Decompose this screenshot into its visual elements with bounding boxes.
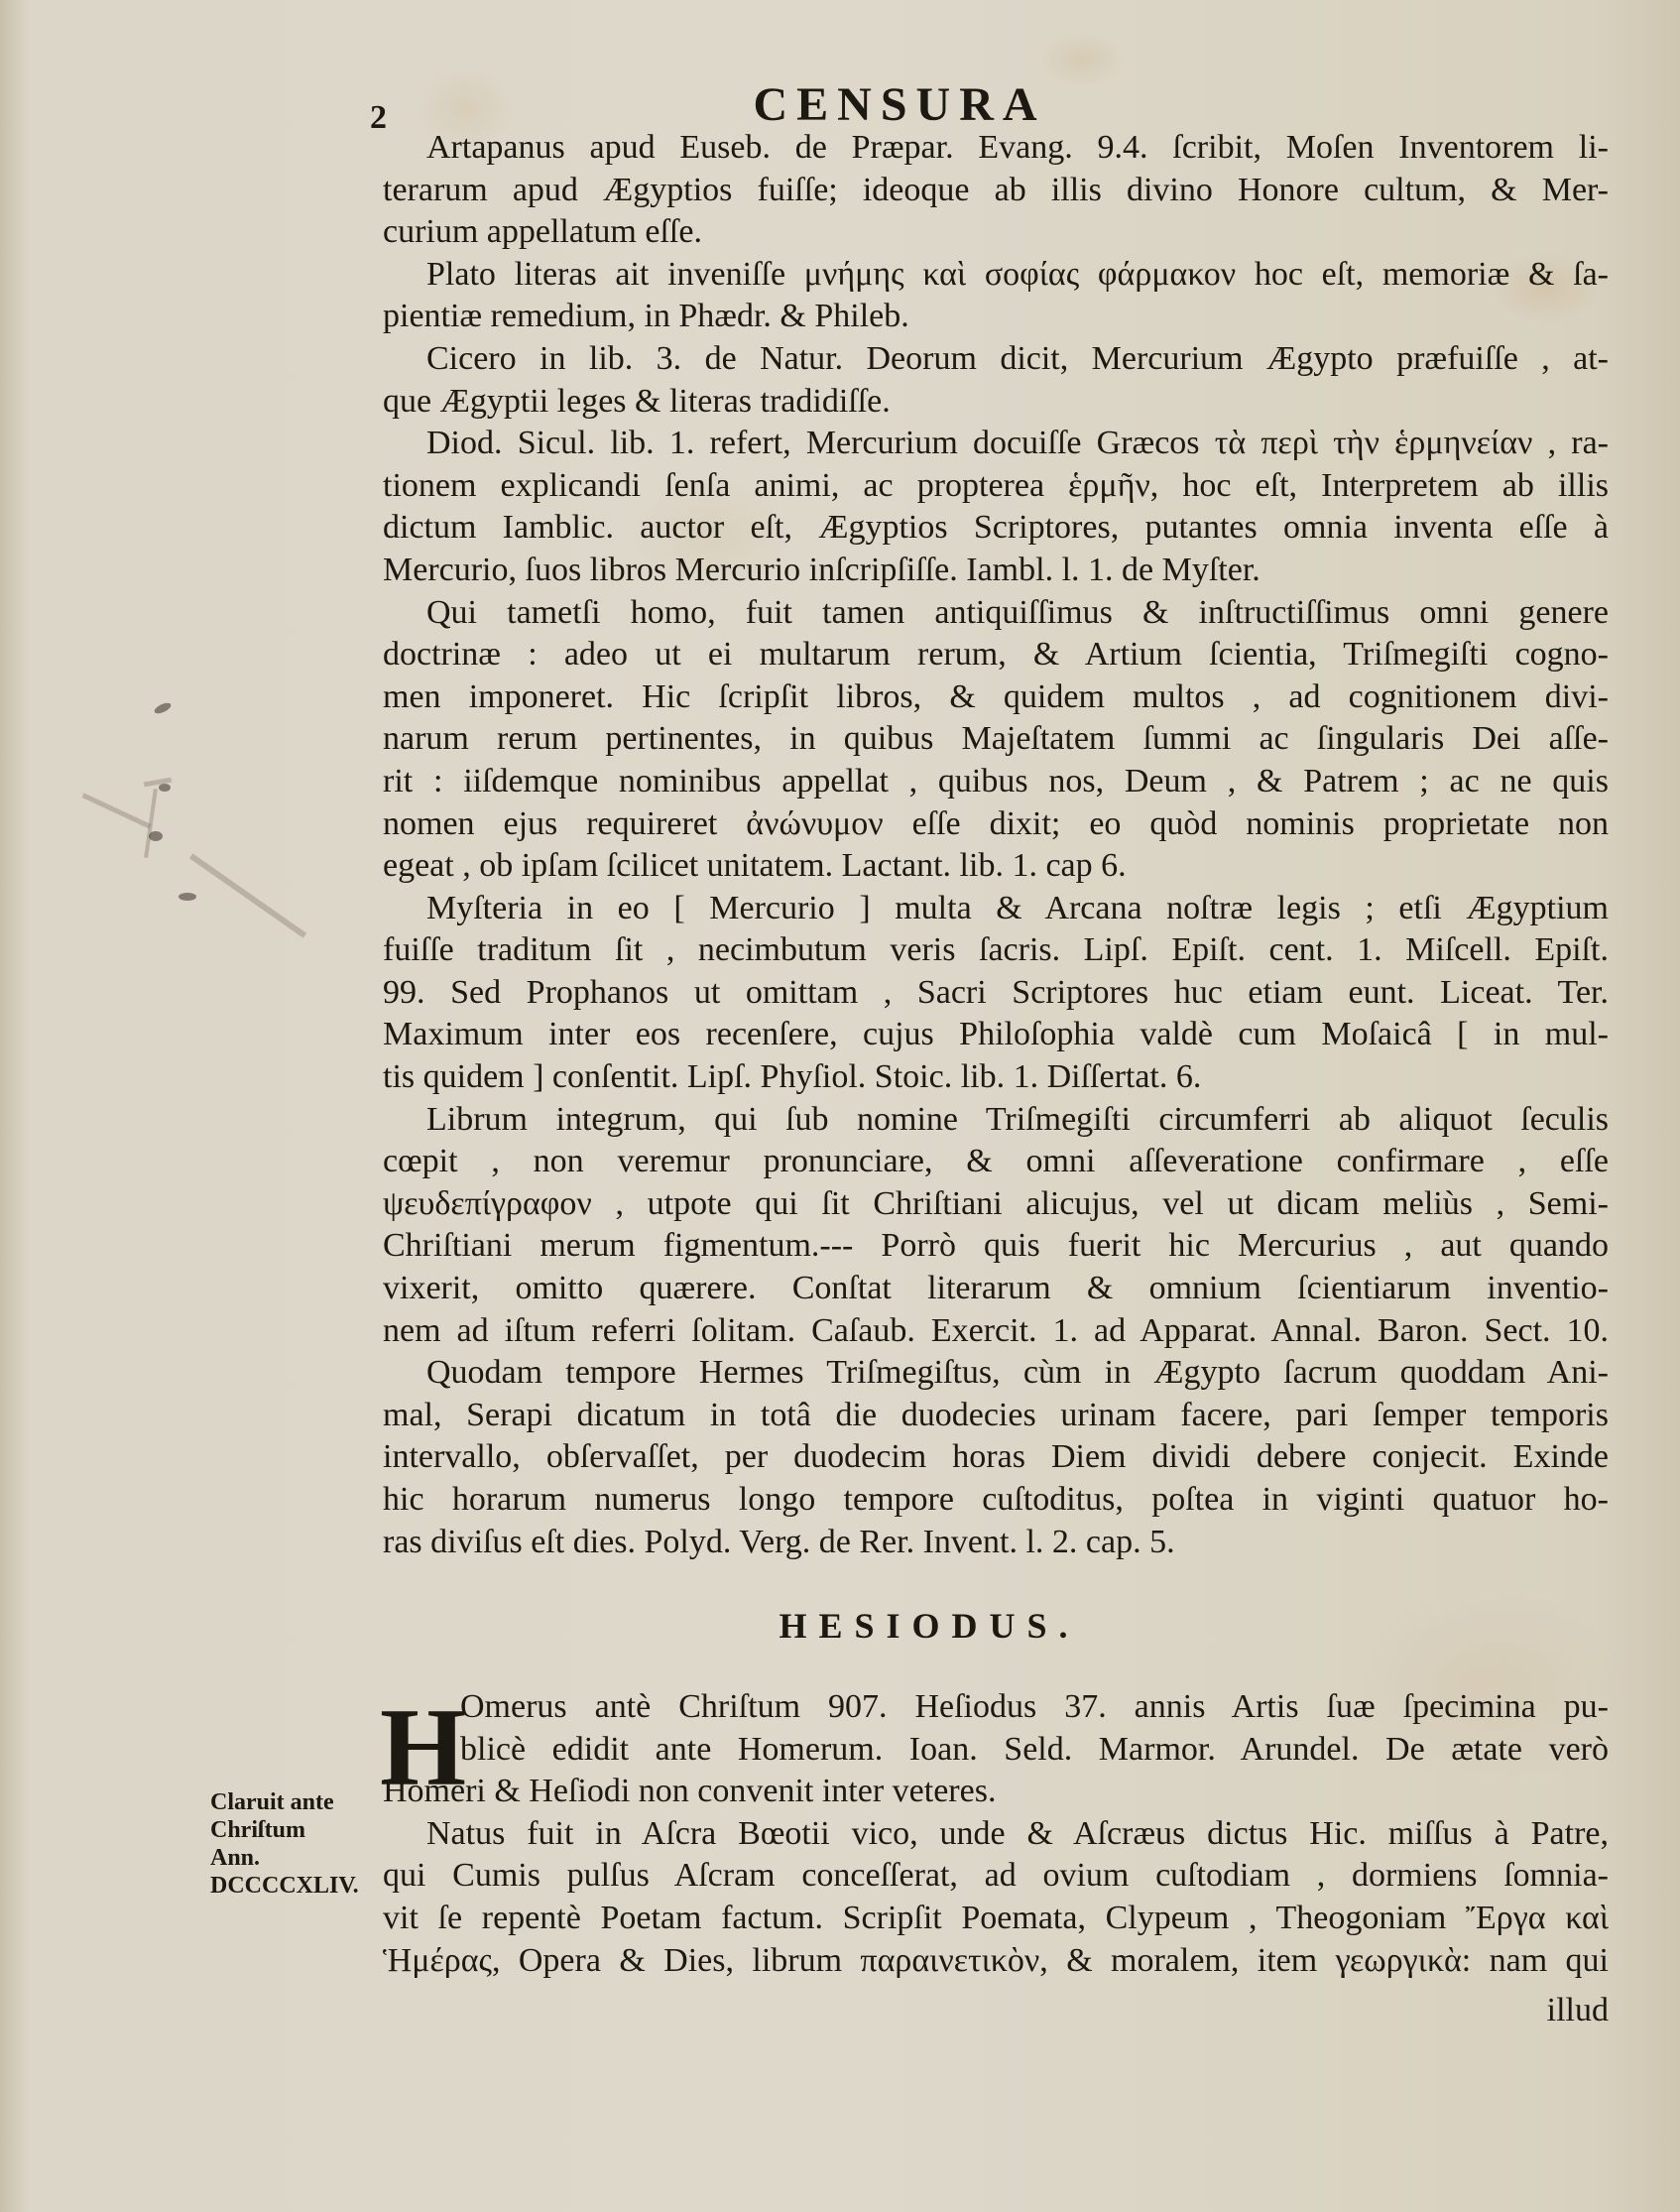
text-line: Plato literas ait inveniſſe μνήμης καὶ σ… [383, 254, 1609, 297]
margin-note: Claruit ante Chriſtum Ann. DCCCCXLIV. [210, 1788, 379, 1900]
ink-speck [149, 831, 163, 841]
text-line: blicè edidit ante Homerum. Ioan. Seld. M… [383, 1729, 1609, 1772]
text-line: Cicero in lib. 3. de Natur. Deorum dicit… [383, 338, 1609, 381]
drop-cap: H [380, 1692, 466, 1803]
text-line: tionem explicandi ſenſa animi, ac propte… [383, 465, 1609, 508]
text-line: Maximum inter eos recenſere, cujus Philo… [383, 1014, 1609, 1056]
text-line: que Ægyptii leges & literas tradidiſſe. [383, 381, 1609, 424]
hesiodus-text-block: H Omerus antè Chriſtum 907. Heſiodus 37.… [383, 1686, 1609, 1982]
text-line: Diod. Sicul. lib. 1. refert, Mercurium d… [383, 423, 1609, 465]
text-line: curium appellatum eſſe. [383, 211, 1609, 254]
text-line: qui Cumis pulſus Aſcram conceſſerat, ad … [383, 1855, 1609, 1898]
text-line: Qui tametſi homo, fuit tamen antiquiſſim… [383, 592, 1609, 635]
text-line: nomen ejus requireret ἀνώνυμον eſſe dixi… [383, 803, 1609, 846]
text-line: ras diviſus eſt dies. Polyd. Verg. de Re… [383, 1522, 1609, 1564]
text-line: hic horarum numerus longo tempore cuſtod… [383, 1479, 1609, 1522]
paper-tear [189, 853, 306, 937]
text-line: terarum apud Ægyptios fuiſſe; ideoque ab… [383, 170, 1609, 212]
ink-speck [153, 701, 173, 716]
margin-note-line: Claruit ante [210, 1788, 379, 1816]
margin-note-line: Chriſtum [210, 1816, 379, 1844]
text-line: pientiæ remedium, in Phædr. & Phileb. [383, 296, 1609, 338]
text-line: rit : iiſdemque nominibus appellat , qui… [383, 761, 1609, 803]
text-line: 99. Sed Prophanos ut omittam , Sacri Scr… [383, 972, 1609, 1015]
text-line: fuiſſe traditum ſit , necimbutum veris ſ… [383, 929, 1609, 972]
text-line: Omerus antè Chriſtum 907. Heſiodus 37. a… [383, 1686, 1609, 1729]
text-line: Homeri & Heſiodi non convenit inter vete… [383, 1771, 1609, 1813]
text-line: tis quidem ] conſentit. Lipſ. Phyſiol. S… [383, 1056, 1609, 1099]
text-line: egeat , ob ipſam ſcilicet unitatem. Lact… [383, 845, 1609, 888]
text-line: Quodam tempore Hermes Triſmegiſtus, cùm … [383, 1352, 1609, 1395]
text-line: doctrinæ : adeo ut ei multarum rerum, & … [383, 634, 1609, 676]
ink-speck [159, 784, 171, 792]
text-line: Mercurio, ſuos libros Mercurio inſcripſi… [383, 550, 1609, 592]
running-head: CENSURA [0, 77, 1680, 132]
main-text-block: Artapanus apud Euseb. de Præpar. Evang. … [383, 127, 1609, 1563]
text-line: cœpit , non veremur pronunciare, & omni … [383, 1141, 1609, 1183]
paper-tear [81, 793, 151, 828]
text-line: ψευδεπίγραφον , utpote qui ſit Chriſtian… [383, 1183, 1609, 1226]
text-line: mal, Serapi dicatum in totâ die duodecie… [383, 1395, 1609, 1437]
text-line: narum rerum pertinentes, in quibus Majeſ… [383, 718, 1609, 761]
text-line: dictum Iamblic. auctor eſt, Ægyptios Scr… [383, 507, 1609, 550]
book-page: 2 CENSURA Artapanus apud Euseb. de Præpa… [0, 0, 1680, 2212]
text-line: vit ſe repentè Poetam factum. Scripſit P… [383, 1898, 1609, 1940]
text-line: nem ad iſtum referri ſolitam. Caſaub. Ex… [383, 1310, 1609, 1353]
text-line: Natus fuit in Aſcra Bœotii vico, unde & … [383, 1813, 1609, 1856]
text-line: Chriſtiani merum figmentum.--- Porrò qui… [383, 1225, 1609, 1268]
text-line: Librum integrum, qui ſub nomine Triſmegi… [383, 1099, 1609, 1142]
catchword: illud [1547, 1992, 1609, 2029]
margin-note-line: Ann. [210, 1844, 379, 1872]
section-heading-hesiodus: HESIODUS. [0, 1605, 1680, 1647]
text-line: vixerit, omitto quærere. Conſtat literar… [383, 1268, 1609, 1310]
text-line: men imponeret. Hic ſcripſit libros, & qu… [383, 676, 1609, 719]
text-line: Ἡμέρας, Opera & Dies, librum παραινετικὸ… [383, 1940, 1609, 1983]
ink-speck [179, 893, 196, 901]
text-line: Artapanus apud Euseb. de Præpar. Evang. … [383, 127, 1609, 170]
text-line: Myſteria in eo [ Mercurio ] multa & Arca… [383, 888, 1609, 930]
text-line: intervallo, obſervaſſet, per duodecim ho… [383, 1436, 1609, 1479]
margin-note-line: DCCCCXLIV. [210, 1872, 379, 1900]
